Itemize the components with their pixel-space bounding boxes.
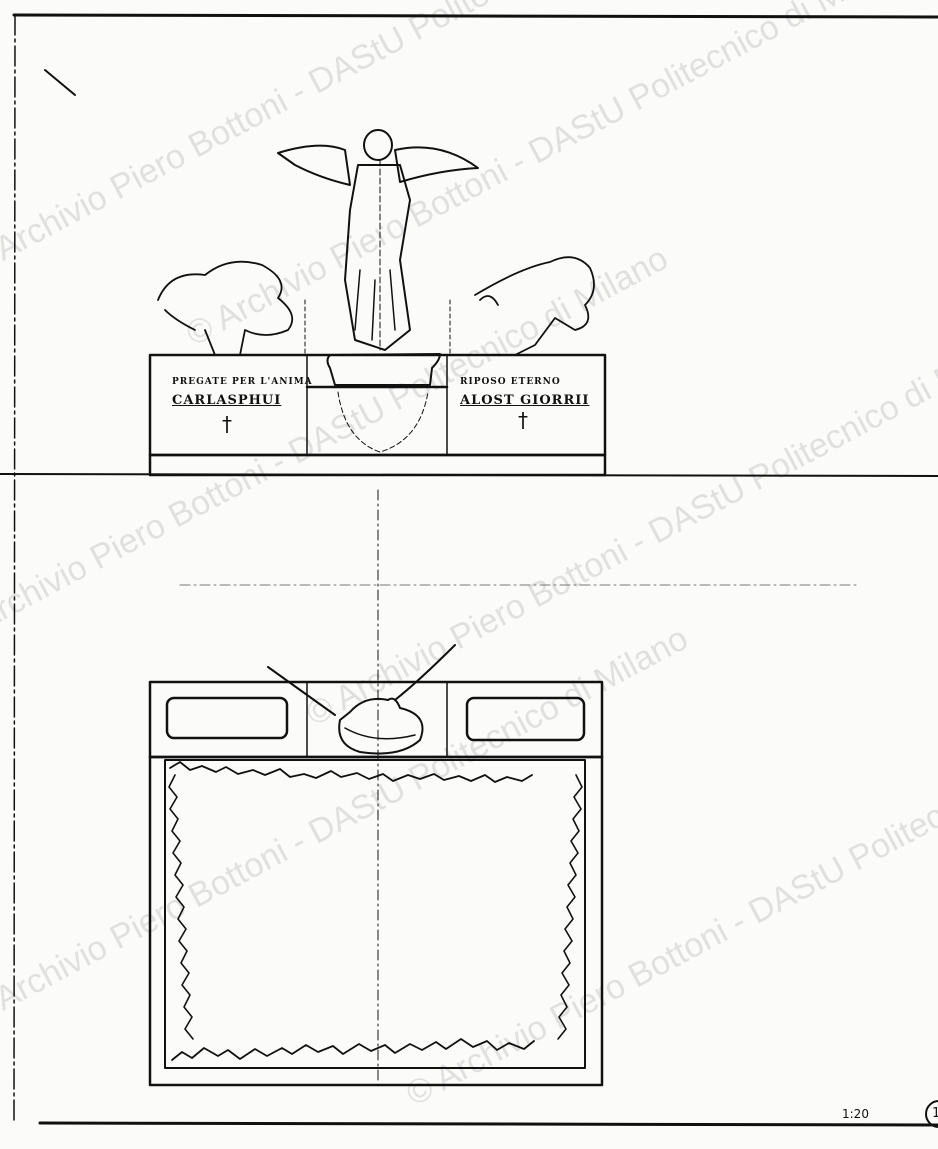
scale-label: 1:20 [842,1107,869,1121]
left-inscription-line1: PREGATE PER L'ANIMA [172,377,313,387]
right-cross-icon: † [518,408,528,432]
left-inscription-name: CARLASPHUI [172,393,281,408]
drawing-sheet: © Archivio Piero Bottoni - DAStU Politec… [0,0,938,1149]
left-cross-icon: † [222,412,232,436]
right-inscription-name: ALOST GIORRII [460,393,589,408]
right-inscription-line1: RIPOSO ETERNO [460,377,561,387]
drawing-lines [0,0,938,1149]
